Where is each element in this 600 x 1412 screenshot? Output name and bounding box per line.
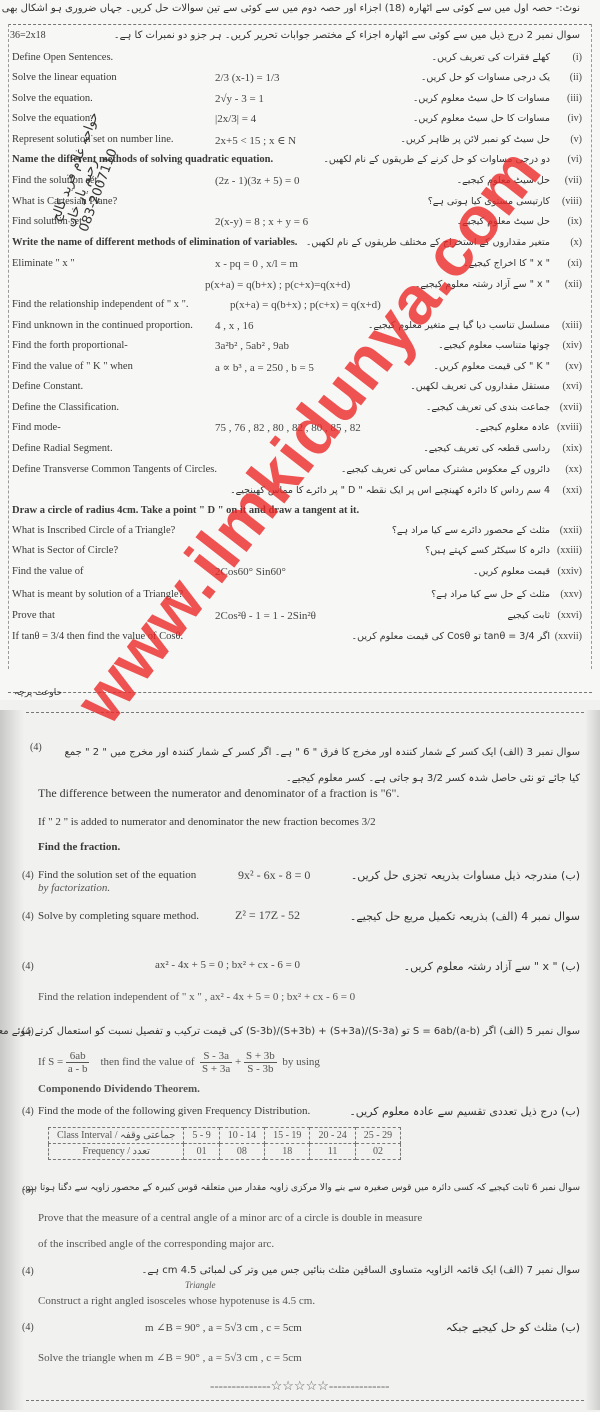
question-number: (xxi) — [563, 485, 582, 496]
divider — [26, 1400, 584, 1401]
q4a-equation: Z² = 17Z - 52 — [235, 908, 300, 923]
question-math: 2Cos²θ - 1 = 1 - 2Sin²θ — [215, 610, 316, 622]
question-number: (xx) — [565, 464, 582, 475]
question-urdu: مساوات کا حل سیٹ معلوم کریں۔ — [413, 93, 550, 104]
question-number: (i) — [573, 52, 582, 63]
end-of-paper-mark: --------------☆☆☆☆☆-------------- — [210, 1378, 390, 1394]
q3a-urdu: سوال نمبر 3 (الف) ایک کسر کے شمار کنندہ … — [60, 740, 580, 792]
table-cell: 15 - 19 — [265, 1128, 310, 1144]
q6-text-line-1: Prove that the measure of a central angl… — [38, 1212, 422, 1224]
marks-q4b: (4) — [22, 961, 34, 972]
question-text: Define Open Sentences. — [12, 52, 113, 63]
question-number: (viii) — [562, 196, 582, 207]
question-number: (v) — [570, 134, 582, 145]
question-text: Define Transverse Common Tangents of Cir… — [12, 464, 217, 475]
q3b-text: Find the solution set of the equation — [38, 869, 196, 881]
q4b-urdu: (ب) " x " سے آزاد رشتہ معلوم کریں۔ — [404, 960, 580, 973]
question-text: Draw a circle of radius 4cm. Take a poin… — [12, 505, 359, 516]
fraction-numerator: S - 3a — [200, 1050, 232, 1063]
question-urdu: ثابت کیجیے — [508, 610, 551, 621]
marks-q5b: (4) — [22, 1106, 34, 1117]
marks-q4a: (4) — [22, 911, 34, 922]
q3a-text-line-1: The difference between the numerator and… — [38, 786, 399, 801]
q3b-urdu: (ب) مندرجہ ذیل مساوات بذریعہ تجزی حل کری… — [351, 869, 580, 882]
q4a-text: Solve by completing square method. — [38, 910, 199, 922]
question-number: (vii) — [565, 175, 582, 186]
question-text: Define the Classification. — [12, 402, 119, 413]
table-row: Frequency / تعدد 01 08 18 11 02 — [49, 1144, 401, 1160]
question-urdu: حل سیٹ کو نمبر لائن پر ظاہر کریں۔ — [400, 134, 550, 145]
question-urdu: کھلے فقرات کی تعریف کریں۔ — [432, 52, 550, 63]
question-number: (xxvii) — [555, 631, 582, 642]
q4b-text: Find the relation independent of " x " ,… — [38, 991, 355, 1003]
question-text: Solve the equation. — [12, 113, 93, 124]
table-cell: 18 — [265, 1144, 310, 1160]
question-number: (xxv) — [560, 589, 582, 600]
table-cell: 20 - 24 — [310, 1128, 355, 1144]
table-cell: 02 — [355, 1144, 400, 1160]
q4b-equations: ax² - 4x + 5 = 0 ; bx² + cx - 6 = 0 — [155, 959, 300, 971]
question-text: Define Radial Segment. — [12, 443, 113, 454]
q3a-text-line-3: Find the fraction. — [38, 841, 120, 853]
question-urdu: چوتھا متناسب معلوم کیجیے۔ — [438, 340, 550, 351]
border-right — [591, 24, 592, 669]
question-number: (xxiii) — [557, 545, 582, 556]
question-text: Find the value of — [12, 566, 83, 577]
table-cell: 11 — [310, 1144, 355, 1160]
question-number: (iv) — [568, 113, 582, 124]
q5a-urdu: سوال نمبر 5 (الف) اگر S = 6ab/(a-b) تو (… — [0, 1026, 580, 1037]
fraction-1: S - 3aS + 3a — [200, 1050, 232, 1075]
question-text: Find unknown in the continued proportion… — [12, 320, 193, 331]
fraction-denominator: S - 3b — [244, 1063, 277, 1075]
q3a-text-line-2: If " 2 " is added to numerator and denom… — [38, 816, 376, 828]
question-urdu: قیمت معلوم کریں۔ — [473, 566, 550, 577]
border-left — [8, 24, 9, 669]
question-text: Find the relationship independent of " x… — [12, 299, 189, 310]
question-number: (xvii) — [560, 402, 582, 413]
scan-edge-shadow — [0, 710, 24, 1410]
question-urdu: مساوات کا حل سیٹ معلوم کریں۔ — [413, 113, 550, 124]
fraction-2: S + 3bS - 3b — [244, 1050, 277, 1075]
question-text: Prove that — [12, 610, 55, 621]
q5b-urdu: (ب) درج ذیل تعددی تقسیم سے عادہ معلوم کر… — [349, 1105, 580, 1118]
question-number: (xv) — [565, 361, 582, 372]
q5a-text-suffix: by using — [282, 1056, 320, 1068]
question-urdu: یک درجی مساوات کو حل کریں۔ — [421, 72, 550, 83]
q3b-equation: 9x² - 6x - 8 = 0 — [238, 868, 310, 883]
question-urdu: دائروں کے معکوس مشترک مماس کی تعریف کیجی… — [341, 464, 550, 475]
sheet-footer-note: حاوعت پرچہ — [14, 688, 62, 698]
fraction-numerator: S + 3b — [244, 1050, 277, 1063]
marks-q3b: (4) — [22, 870, 34, 881]
question-number: (iii) — [567, 93, 582, 104]
marks-label: 36=2x18 — [10, 30, 46, 41]
question-urdu: عادہ معلوم کیجیے۔ — [474, 422, 550, 433]
question-number: (xiii) — [562, 320, 582, 331]
table-cell: 01 — [184, 1144, 219, 1160]
marks-q7b: (4) — [22, 1322, 34, 1333]
question-number: (xix) — [563, 443, 582, 454]
table-cell: Class Interval / جماعتی وقفہ — [49, 1128, 184, 1144]
question-urdu: " K " کی قیمت معلوم کریں۔ — [433, 361, 550, 372]
question-text: Solve the equation. — [12, 93, 93, 104]
question-urdu: اگر tanθ = 3/4 تو Cosθ کی قیمت معلوم کری… — [352, 631, 550, 642]
marks-q3a: (4) — [30, 742, 42, 753]
question-math: 4 , x , 16 — [215, 320, 254, 332]
q7b-urdu: (ب) مثلث کو حل کیجیے جبکہ — [446, 1321, 580, 1334]
section-heading: سوال نمبر 2 درج ذیل میں سے کوئی سے اٹھار… — [114, 30, 580, 41]
q6-urdu: سوال نمبر 6 ثابت کیجیے کہ کسی دائرہ میں … — [21, 1183, 580, 1193]
fraction-numerator: 6ab — [66, 1050, 90, 1063]
table-cell: 25 - 29 — [355, 1128, 400, 1144]
q7a-urdu: سوال نمبر 7 (الف) ایک قائمہ الزاویہ متسا… — [142, 1265, 581, 1276]
question-number: (xiv) — [563, 340, 582, 351]
question-number: (xii) — [565, 279, 582, 290]
table-cell: 08 — [219, 1144, 264, 1160]
question-urdu: رداسی قطعہ کی تعریف کیجیے۔ — [423, 443, 550, 454]
q5b-text: Find the mode of the following given Fre… — [38, 1105, 310, 1117]
question-urdu: مثلث کے محصور دائرے سے کیا مراد ہے؟ — [392, 525, 550, 536]
question-number: (vi) — [568, 154, 582, 165]
question-urdu: جماعت بندی کی تعریف کیجیے۔ — [426, 402, 550, 413]
question-math: 2/3 (x-1) = 1/3 — [215, 72, 280, 84]
q7a-handwritten-note: Triangle — [185, 1280, 216, 1290]
q7b-text: Solve the triangle when m ∠B = 90° , a =… — [38, 1351, 302, 1364]
table-cell: 10 - 14 — [219, 1128, 264, 1144]
question-number: (xxii) — [560, 525, 582, 536]
table-header-row: Class Interval / جماعتی وقفہ 5 - 9 10 - … — [49, 1128, 401, 1144]
question-text: Find the value of " K " when — [12, 361, 133, 372]
question-text: Define Constant. — [12, 381, 83, 392]
question-math: 3a²b² , 5ab² , 9ab — [215, 340, 289, 352]
q5a-text-mid: then find the value of — [100, 1056, 194, 1068]
q5a-text-prefix: If S = — [38, 1056, 63, 1068]
q5a-text: If S = 6aba - b then find the value of S… — [38, 1050, 320, 1075]
scan-edge-shadow — [586, 710, 600, 1410]
question-number: (xviii) — [557, 422, 582, 433]
marks-q7a: (4) — [22, 1266, 34, 1277]
q7a-text: Construct a right angled isosceles whose… — [38, 1295, 315, 1307]
q7b-givens: m ∠B = 90° , a = 5√3 cm , c = 5cm — [145, 1321, 302, 1334]
question-text: Find mode- — [12, 422, 61, 433]
question-urdu: مستقل مقداروں کی تعریف لکھیں۔ — [410, 381, 550, 392]
divider — [8, 24, 592, 25]
fraction-denominator: S + 3a — [200, 1063, 232, 1075]
table-cell: Frequency / تعدد — [49, 1144, 184, 1160]
q3b-handwritten-note: by factorization. — [38, 882, 110, 894]
fraction-denominator: a - b — [66, 1063, 90, 1075]
question-number: (xvi) — [563, 381, 582, 392]
q4a-urdu: سوال نمبر 4 (الف) بذریعہ تکمیل مربع حل ک… — [350, 910, 580, 923]
instructions-note: نوٹ:- حصہ اول میں سے کوئی سے اٹھارہ (18)… — [0, 3, 580, 14]
q5a-text-line-2: Componendo Dividendo Theorem. — [38, 1083, 200, 1095]
question-number: (xxiv) — [558, 566, 582, 577]
question-text: Find the forth proportional- — [12, 340, 128, 351]
question-text: What is Inscribed Circle of a Triangle? — [12, 525, 175, 536]
question-number: (xxvi) — [558, 610, 582, 621]
question-text: What is Sector of Circle? — [12, 545, 118, 556]
question-number: (x) — [570, 237, 582, 248]
q6-text-line-2: of the inscribed angle of the correspond… — [38, 1238, 274, 1250]
frequency-table: Class Interval / جماعتی وقفہ 5 - 9 10 - … — [48, 1127, 401, 1160]
question-math: 2√y - 3 = 1 — [215, 93, 264, 105]
question-text: Eliminate " x " — [12, 258, 75, 269]
question-text: Solve the linear equation — [12, 72, 117, 83]
question-urdu: دائرہ کا سیکٹر کسے کہتے ہیں؟ — [425, 545, 550, 556]
question-math: |2x/3| = 4 — [215, 113, 256, 125]
question-number: (ix) — [568, 216, 582, 227]
question-number: (ii) — [570, 72, 582, 83]
table-cell: 5 - 9 — [184, 1128, 219, 1144]
question-math: a ∝ b³ , a = 250 , b = 5 — [215, 361, 314, 374]
question-number: (xi) — [568, 258, 582, 269]
question-urdu: مثلث کے حل سے کیا مراد ہے؟ — [431, 589, 550, 600]
fraction-s: 6aba - b — [66, 1050, 90, 1075]
